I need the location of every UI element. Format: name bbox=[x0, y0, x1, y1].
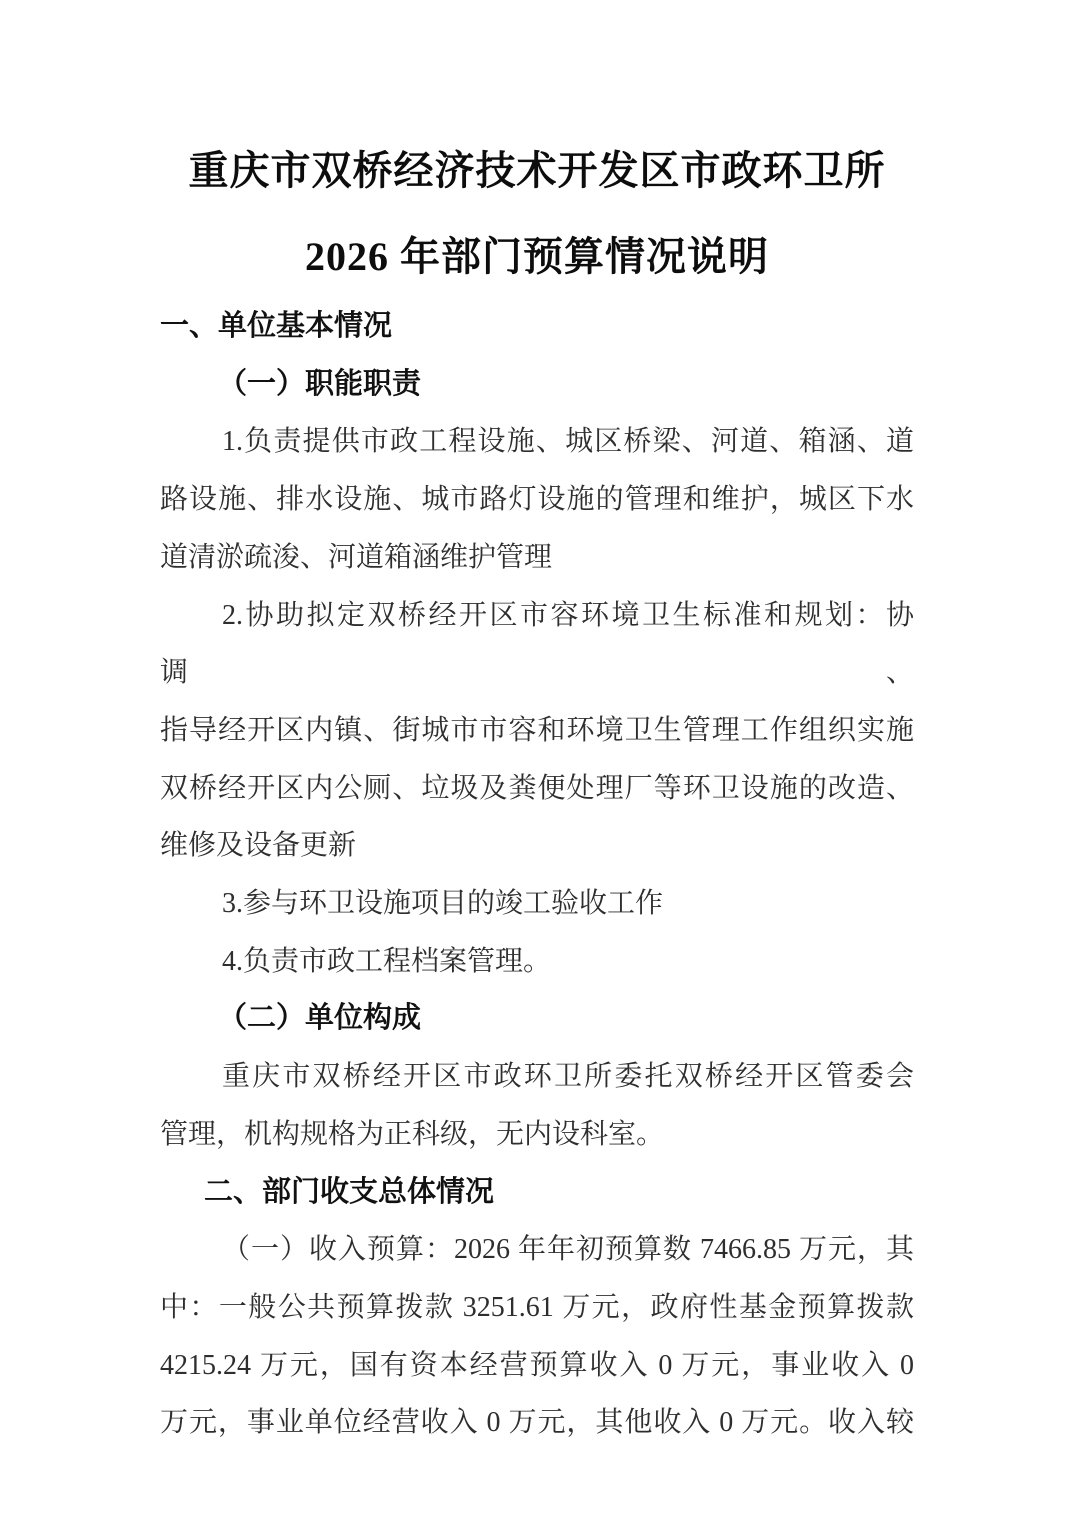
paragraph-line: 管理，机构规格为正科级，无内设科室。 bbox=[160, 1106, 914, 1164]
paragraph-line: 1.负责提供市政工程设施、城区桥梁、河道、箱涵、道 bbox=[160, 413, 914, 471]
paragraph-line: 指导经开区内镇、街城市市容和环境卫生管理工作组织实施 bbox=[160, 702, 914, 760]
paragraph-line: 中：一般公共预算拨款 3251.61 万元，政府性基金预算拨款 bbox=[160, 1279, 914, 1337]
document-title-line2: 2026 年部门预算情况说明 bbox=[160, 232, 914, 282]
paragraph-line: 路设施、排水设施、城市路灯设施的管理和维护，城区下水 bbox=[160, 471, 914, 529]
paragraph-line: 3.参与环卫设施项目的竣工验收工作 bbox=[160, 875, 914, 933]
paragraph-line: （一）收入预算：2026 年年初预算数 7466.85 万元，其 bbox=[160, 1221, 914, 1279]
document-title-line1: 重庆市双桥经济技术开发区市政环卫所 bbox=[160, 146, 914, 196]
paragraph-line: 2.协助拟定双桥经开区市容环境卫生标准和规划：协调、 bbox=[160, 587, 914, 702]
paragraph-line: 道清淤疏浚、河道箱涵维护管理 bbox=[160, 529, 914, 587]
heading-revenue-expenditure: 二、部门收支总体情况 bbox=[160, 1164, 914, 1222]
heading-unit-basic-info: 一、单位基本情况 bbox=[160, 298, 914, 356]
paragraph-line: 万元，事业单位经营收入 0 万元，其他收入 0 万元。收入较 bbox=[160, 1394, 914, 1452]
document-body: 一、单位基本情况（一）职能职责1.负责提供市政工程设施、城区桥梁、河道、箱涵、道… bbox=[160, 298, 914, 1452]
heading-unit-composition: （二）单位构成 bbox=[160, 990, 914, 1048]
paragraph-line: 重庆市双桥经开区市政环卫所委托双桥经开区管委会 bbox=[160, 1048, 914, 1106]
paragraph-line: 4215.24 万元，国有资本经营预算收入 0 万元，事业收入 0 bbox=[160, 1337, 914, 1395]
paragraph-line: 维修及设备更新 bbox=[160, 817, 914, 875]
paragraph-line: 双桥经开区内公厕、垃圾及粪便处理厂等环卫设施的改造、 bbox=[160, 760, 914, 818]
document-page: 重庆市双桥经济技术开发区市政环卫所 2026 年部门预算情况说明 一、单位基本情… bbox=[0, 0, 1074, 1520]
paragraph-line: 4.负责市政工程档案管理。 bbox=[160, 933, 914, 991]
heading-functions-duties: （一）职能职责 bbox=[160, 356, 914, 414]
